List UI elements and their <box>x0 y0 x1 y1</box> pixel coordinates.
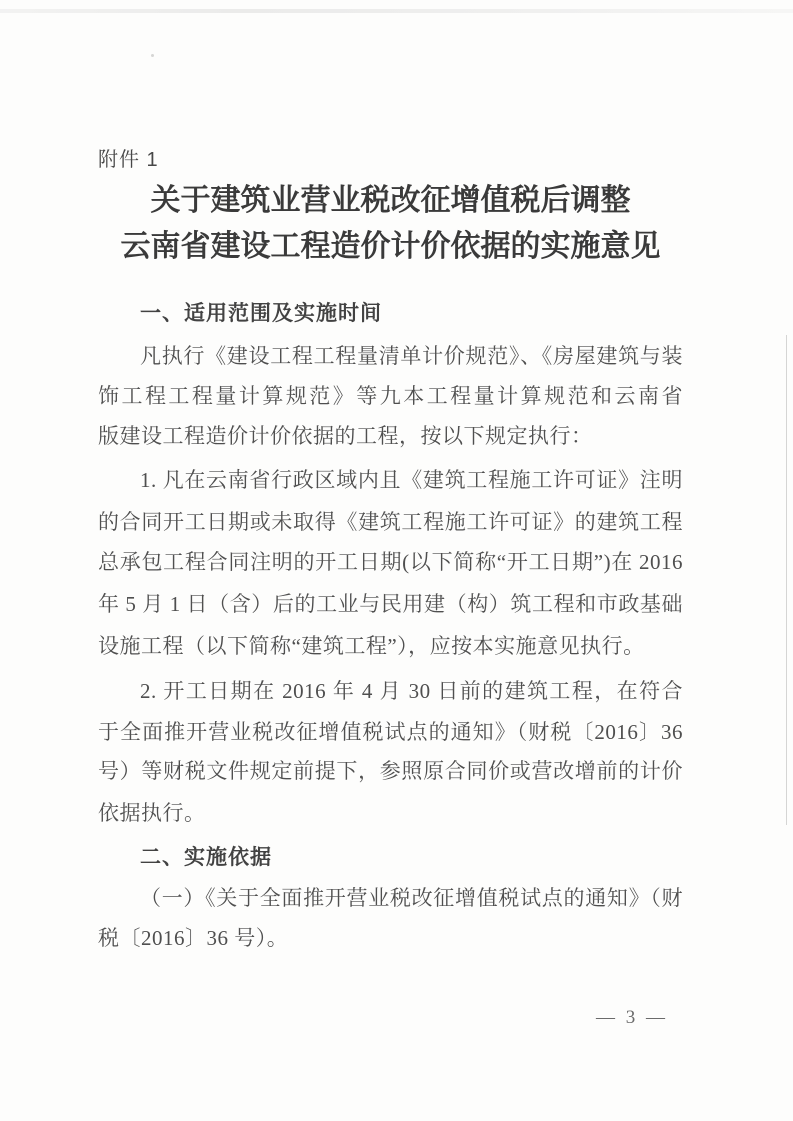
section-heading-2: 二、实施依据 <box>140 844 683 872</box>
doc-line: 年 5 月 1 日（含）后的工业与民用建（构）筑工程和市政基础 <box>98 590 683 618</box>
doc-line: 税〔2016〕36 号）。 <box>98 924 683 952</box>
doc-line: 凡执行《建设工程工程量清单计价规范》、《房屋建筑与装 <box>140 342 683 370</box>
page-number: — 3 — <box>572 1007 692 1029</box>
section-heading-1: 一、适用范围及实施时间 <box>140 300 683 328</box>
doc-line: 版建设工程造价计价依据的工程，按以下规定执行： <box>98 422 683 450</box>
doc-line: （一）《关于全面推开营业税改征增值税试点的通知》（财 <box>140 884 683 912</box>
scanned-document-page: 附件 1 关于建筑业营业税改征增值税后调整 云南省建设工程造价计价依据的实施意见… <box>0 0 793 1121</box>
attachment-label: 附件 1 <box>98 143 159 172</box>
doc-line: 1. 凡在云南省行政区域内且《建筑工程施工许可证》注明 <box>140 466 683 494</box>
doc-line: 的合同开工日期或未取得《建筑工程施工许可证》的建筑工程 <box>98 508 683 536</box>
doc-line: 总承包工程合同注明的开工日期(以下简称“开工日期”)在 2016 <box>98 548 683 576</box>
doc-title-line-1: 关于建筑业营业税改征增值税后调整 <box>98 182 683 220</box>
doc-title-line-2: 云南省建设工程造价计价依据的实施意见 <box>98 228 683 266</box>
doc-line: 依据执行。 <box>98 799 683 827</box>
doc-line: 2. 开工日期在 2016 年 4 月 30 日前的建筑工程，在符合《关 <box>140 677 683 705</box>
scan-artifact-speck <box>151 54 154 57</box>
scan-artifact-top-streak <box>0 9 793 13</box>
doc-line: 号）等财税文件规定前提下，参照原合同价或营改增前的计价 <box>98 757 683 785</box>
doc-line: 饰工程工程量计算规范》等九本工程量计算规范和云南省 2013 <box>98 382 683 410</box>
scan-artifact-right-edge <box>786 335 787 825</box>
doc-line: 于全面推开营业税改征增值税试点的通知》（财税〔2016〕36 <box>98 718 683 746</box>
doc-line: 设施工程（以下简称“建筑工程”），应按本实施意见执行。 <box>98 632 683 660</box>
